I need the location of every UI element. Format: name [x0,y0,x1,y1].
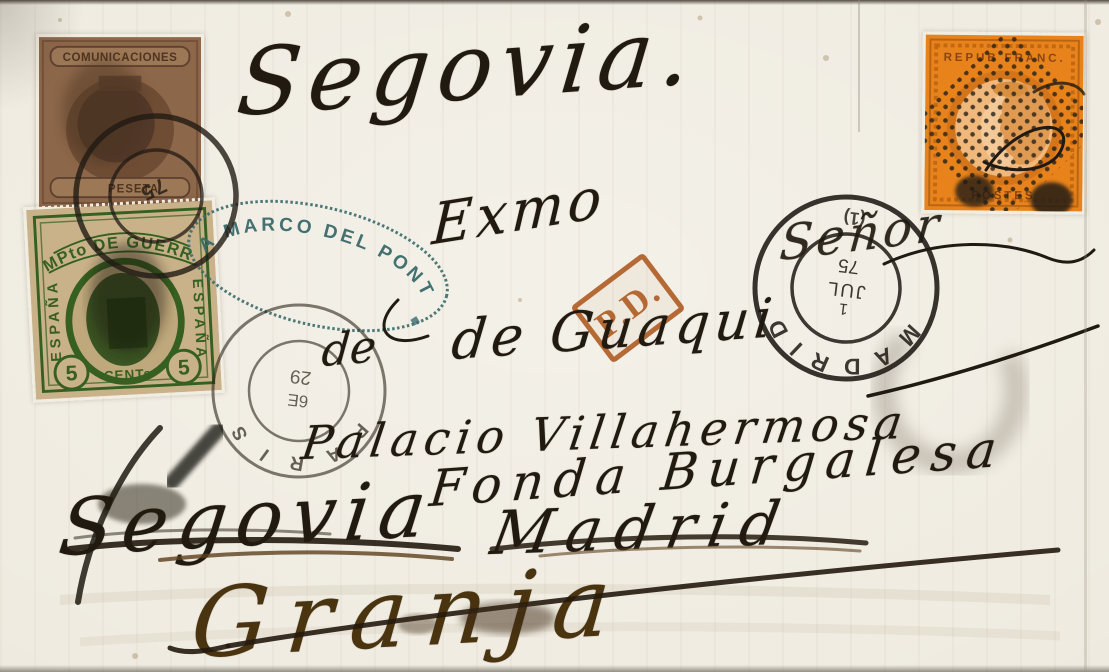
ink-blotch [398,614,438,634]
pen-flourishes [78,83,1098,602]
ink-blotch [460,602,556,634]
madrid-cds-year: 75 [837,254,861,277]
postal-cover: COMUNICACIONES PESETA IMPto DE GUERRA ES… [0,0,1109,672]
madrid-cds-day: 1 [838,299,849,317]
strike-through-lines [70,530,866,560]
madrid-cds-index: (1) [842,207,866,230]
madrid-cds: MADRID (1) 1 JUL 75 [744,187,947,392]
madrid-cds-month: JUL [825,277,867,303]
sweep-line [170,550,1058,652]
postmarks-over-layer: MADRID (1) 1 JUL 75 [0,0,1109,672]
ink-blotch [98,484,186,524]
